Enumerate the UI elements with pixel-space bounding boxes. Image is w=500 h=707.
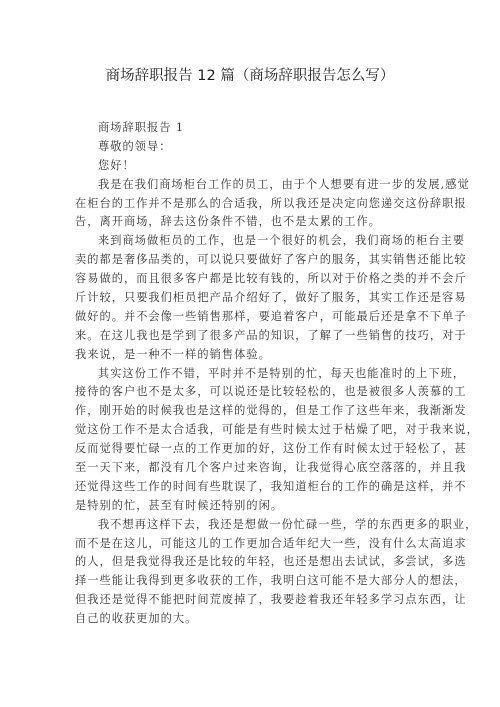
body-line: 觉这份工作不是太合适我，可能是有些时候太过于枯燥了吧，对于我来说， — [75, 421, 435, 440]
body-line: 我是在我们商场柜台工作的员工，由于个人想要有进一步的发展,感觉 — [75, 176, 435, 195]
body-line: 接待的客户也不是太多，可以说还是比较轻松的，也是被很多人羡慕的工 — [75, 383, 435, 402]
body-line: 但我还是觉得不能把时间荒废掉了，我要趁着我还年轻多学习点东西，让 — [75, 591, 435, 610]
body-line: 容易做的，而且很多客户都是比较有钱的，所以对于价格之类的并不会斤 — [75, 270, 435, 289]
body-line: 斤计较，只要我们柜员把产品介绍好了，做好了服务，其实工作还是容易 — [75, 289, 435, 308]
body-line: 卖的都是奢侈品类的，可以说只要做好了客户的服务，其实销售还能比较 — [75, 251, 435, 270]
body-line: 自己的收获更加的大。 — [75, 610, 435, 629]
body-line: 择一些能让我得到更多收获的工作，我明白这可能不是大部分人的想法， — [75, 572, 435, 591]
body-line: 我不想再这样下去，我还是想做一份忙碌一些，学的东西更多的职业， — [75, 516, 435, 535]
document-title: 商场辞职报告 12 篇（商场辞职报告怎么写） — [0, 64, 500, 85]
body-line: 而不是在这儿，可能这儿的工作更加合适年纪大一些，没有什么太高追求 — [75, 535, 435, 554]
body-line: 来。在这儿我也是学到了很多产品的知识，了解了一些销售的技巧，对于 — [75, 327, 435, 346]
body-line: 我来说，是一种不一样的销售体验。 — [75, 346, 435, 365]
body-line: 是特别的忙，甚至有时候还特别的闲。 — [75, 497, 435, 516]
body-line: 做好的。并不会像一些销售那样，要追着客户，可能最后还是拿不下单子 — [75, 308, 435, 327]
body-line: 的人，但是我觉得我还是比较的年轻，也还是想出去试试，多尝试，多选 — [75, 553, 435, 572]
body-line: 还觉得这些工作的时间有些耽误了，我知道柜台的工作的确是这样，并不 — [75, 478, 435, 497]
body-line: 来到商场做柜员的工作，也是一个很好的机会，我们商场的柜台主要 — [75, 232, 435, 251]
body-line: 在柜台的工作并不是那么的合适我，所以我还是决定向您递交这份辞职报 — [75, 195, 435, 214]
section-heading: 商场辞职报告 1 — [75, 119, 435, 138]
document-body: 商场辞职报告 1 尊敬的领导： 您好！ 我是在我们商场柜台工作的员工，由于个人想… — [75, 119, 435, 629]
greeting: 您好！ — [75, 157, 435, 176]
body-line: 至一天下来，都没有几个客户过来咨询，让我觉得心底空落落的，并且我 — [75, 459, 435, 478]
body-line: 反而觉得要忙碌一点的工作更加的好，这份工作有时候太过于轻松了，甚 — [75, 440, 435, 459]
body-line: 其实这份工作不错，平时并不是特别的忙，每天也能准时的上下班， — [75, 365, 435, 384]
salutation: 尊敬的领导： — [75, 138, 435, 157]
body-line: 作，刚开始的时候我也是这样的觉得的，但是工作了这些年来，我渐渐发 — [75, 402, 435, 421]
body-line: 告，离开商场，辞去这份条件不错，也不是太累的工作。 — [75, 213, 435, 232]
